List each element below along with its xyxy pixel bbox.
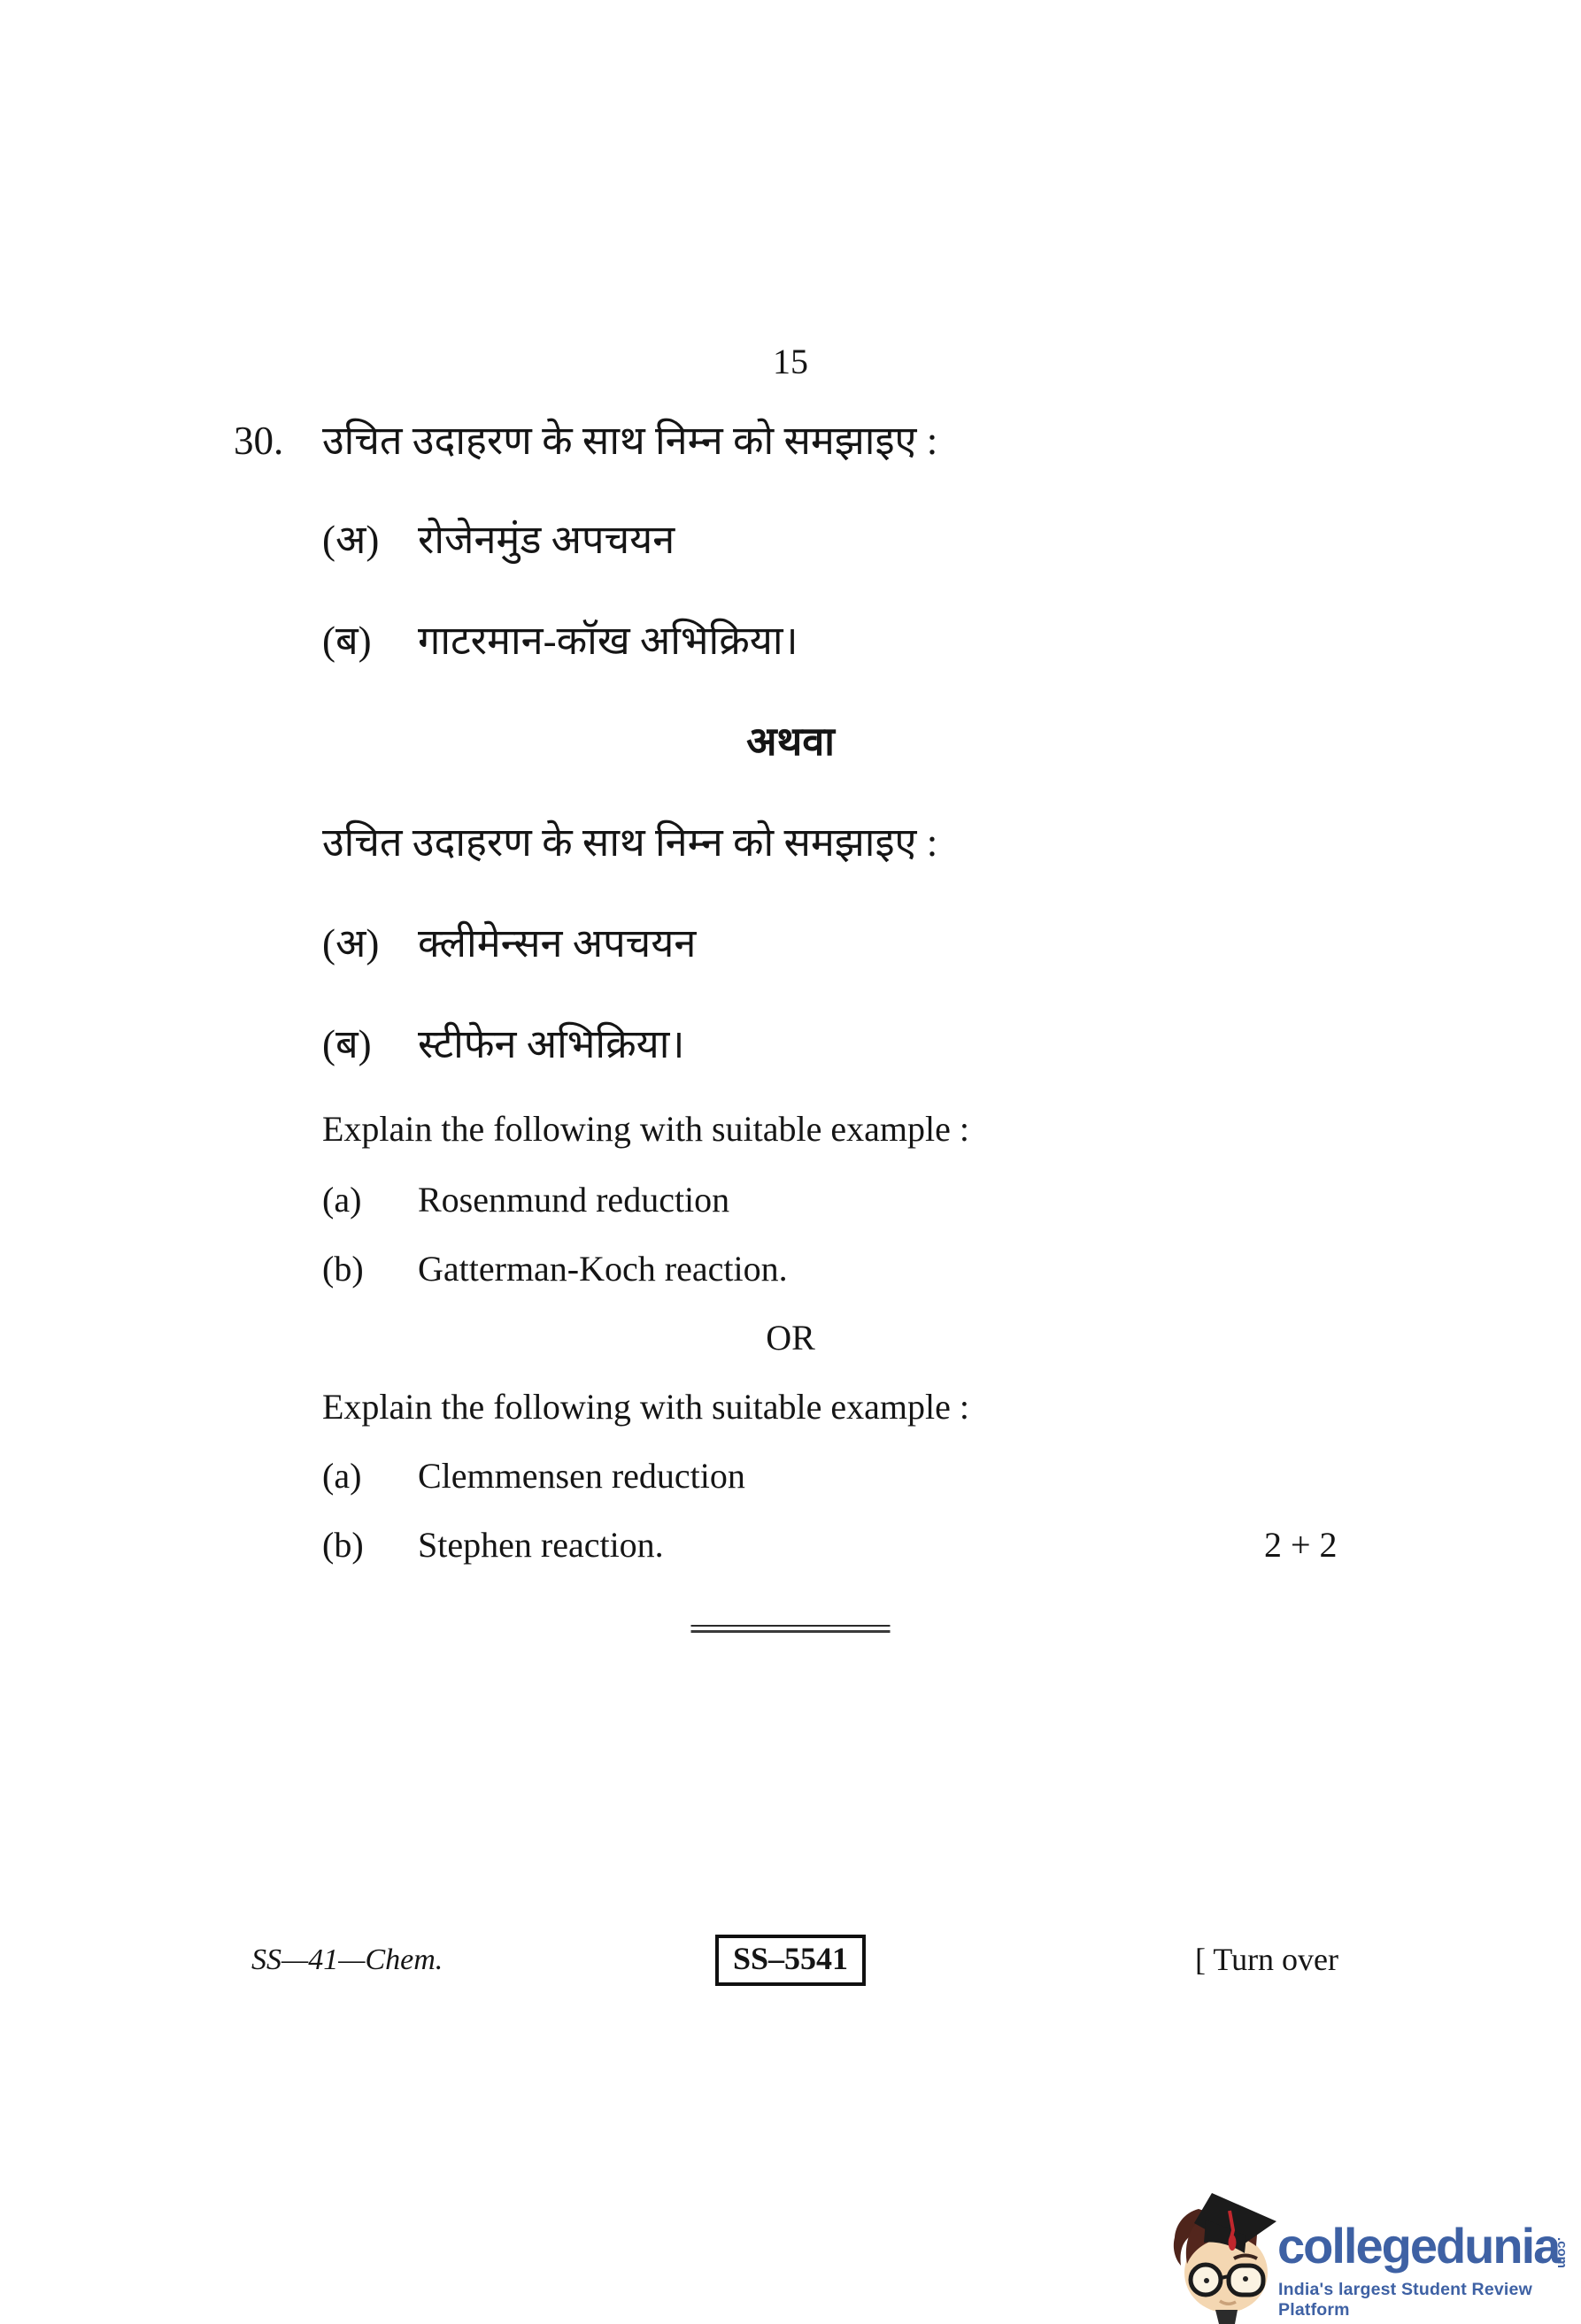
english-second-item-a-text: Clemmensen reduction xyxy=(418,1456,745,1496)
hindi-item-a-text: रोजेनमुंड अपचयन xyxy=(418,518,675,562)
graduate-boy-mascot-icon xyxy=(1170,2191,1278,2324)
english-second-item-a-label: (a) xyxy=(322,1455,418,1497)
english-intro-text: Explain the following with suitable exam… xyxy=(322,1108,969,1150)
question-30-hindi-intro-row: 30.उचित उदाहरण के साथ निम्न को समझाइए : xyxy=(234,412,937,466)
collegedunia-logo: collegedunia .com India's largest Studen… xyxy=(1133,2147,1581,2324)
question-number: 30. xyxy=(234,418,322,464)
english-item-a-text: Rosenmund reduction xyxy=(418,1180,729,1220)
hindi-second-item-b-text: स्टीफेन अभिक्रिया। xyxy=(418,1022,684,1066)
page-number: 15 xyxy=(0,341,1581,382)
section-end-divider xyxy=(691,1625,891,1633)
hindi-second-item-b-label: (ब) xyxy=(322,1016,418,1070)
english-item-b-row: (b)Gatterman-Koch reaction. xyxy=(322,1248,788,1289)
english-second-item-b-row: (b)Stephen reaction. xyxy=(322,1524,664,1566)
hindi-item-b-text: गाटरमान-कॉख अभिक्रिया। xyxy=(418,619,798,663)
english-item-a-label: (a) xyxy=(322,1179,418,1220)
english-second-item-b-label: (b) xyxy=(322,1524,418,1566)
collegedunia-tld-text: .com xyxy=(1555,2237,1569,2268)
marks-value: 2 + 2 xyxy=(1264,1524,1338,1566)
collegedunia-brand-text: collegedunia xyxy=(1277,2221,1559,2271)
english-or-label: OR xyxy=(0,1317,1581,1358)
footer-turn-over-label: [ Turn over xyxy=(1195,1941,1338,1978)
hindi-or-label: अथवा xyxy=(0,713,1581,767)
english-second-item-b-text: Stephen reaction. xyxy=(418,1525,664,1565)
english-item-b-label: (b) xyxy=(322,1248,418,1289)
hindi-item-b-row: (ब)गाटरमान-कॉख अभिक्रिया। xyxy=(322,612,798,666)
hindi-item-a-label: (अ) xyxy=(322,512,418,566)
hindi-second-item-b-row: (ब)स्टीफेन अभिक्रिया। xyxy=(322,1016,684,1070)
hindi-second-intro-text: उचित उदाहरण के साथ निम्न को समझाइए : xyxy=(322,814,937,868)
hindi-intro-text: उचित उदाहरण के साथ निम्न को समझाइए : xyxy=(322,419,937,463)
question-paper-page: 15 30.उचित उदाहरण के साथ निम्न को समझाइए… xyxy=(0,0,1581,2324)
hindi-second-item-a-row: (अ)क्लीमेन्सन अपचयन xyxy=(322,915,696,969)
hindi-second-item-a-text: क्लीमेन्सन अपचयन xyxy=(418,921,696,966)
hindi-second-item-a-label: (अ) xyxy=(322,915,418,969)
hindi-item-b-label: (ब) xyxy=(322,612,418,666)
english-item-a-row: (a)Rosenmund reduction xyxy=(322,1179,729,1220)
english-second-item-a-row: (a)Clemmensen reduction xyxy=(322,1455,745,1497)
footer-paper-code: SS—41—Chem. xyxy=(251,1943,443,1977)
footer-paper-number-box: SS–5541 xyxy=(715,1935,866,1986)
english-second-intro-text: Explain the following with suitable exam… xyxy=(322,1386,969,1427)
hindi-item-a-row: (अ)रोजेनमुंड अपचयन xyxy=(322,512,675,566)
english-item-b-text: Gatterman-Koch reaction. xyxy=(418,1249,788,1289)
collegedunia-tagline: India's largest Student Review Platform xyxy=(1278,2280,1581,2320)
